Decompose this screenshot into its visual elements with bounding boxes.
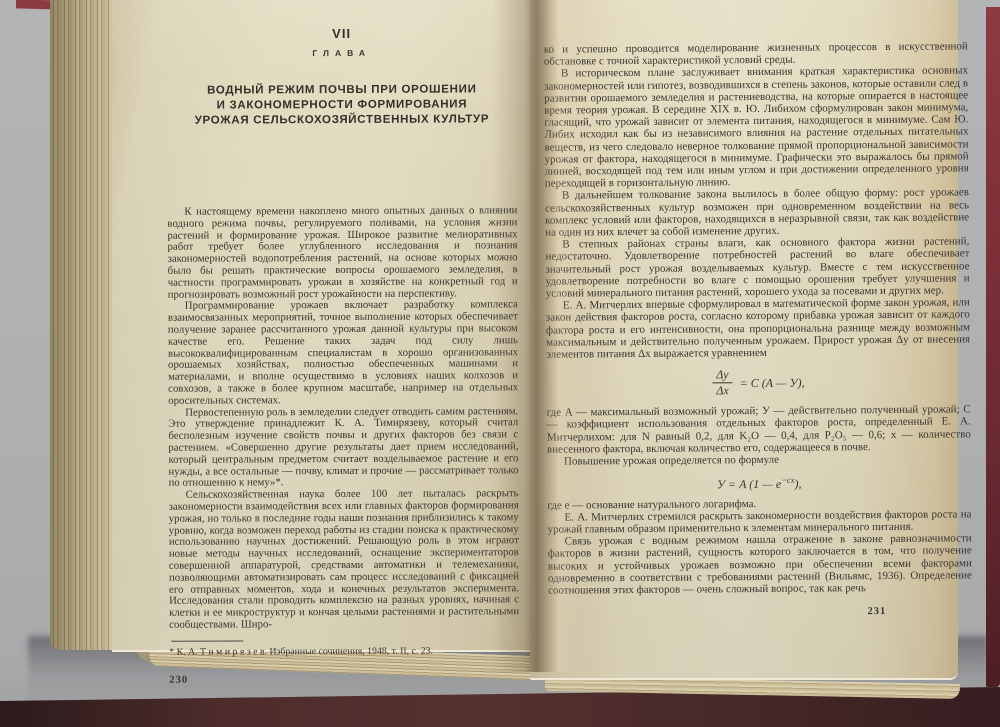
book-cover-edge-right <box>986 7 1000 687</box>
chapter-title: ВОДНЫЙ РЕЖИМ ПОЧВЫ ПРИ ОРОШЕНИИ И ЗАКОНО… <box>167 82 517 129</box>
body-paragraph: Повышение урожая определяется по формуле <box>547 452 971 468</box>
chapter-label: ГЛАВА <box>167 47 517 59</box>
body-paragraph: ко и успешно проводится моделирование жи… <box>544 40 968 68</box>
formula-exponent: −cx <box>781 475 794 485</box>
body-paragraph: В историческом плане заслуживает внимани… <box>544 65 969 190</box>
body-paragraph: Е. А. Митчерлих стремился раскрыть закон… <box>547 508 971 536</box>
body-paragraph: где A — максимальный возможный урожай; У… <box>547 404 971 456</box>
left-page-content: VII ГЛАВА ВОДНЫЙ РЕЖИМ ПОЧВЫ ПРИ ОРОШЕНИ… <box>167 25 520 686</box>
chapter-number: VII <box>167 25 517 42</box>
formula-close: ), <box>794 477 801 491</box>
footnote: * К. А. Т и м и р я з е в. Избранные соч… <box>169 645 519 658</box>
body-paragraph: Сельскохозяйственная наука более 100 лет… <box>169 488 520 631</box>
formula-fraction: Δу Δх <box>712 368 733 397</box>
body-paragraph: К настоящему времени накоплено много опы… <box>167 205 517 301</box>
body-paragraph: Связь урожая с водным режимом нашла отра… <box>548 532 972 596</box>
footnote-rule <box>171 640 243 641</box>
body-paragraph: В дальнейшем толкование закона вылилось … <box>545 187 969 239</box>
body-paragraph: Программирование урожаев включает разраб… <box>168 300 518 408</box>
page-fore-edge-left <box>50 0 116 650</box>
page-number-left: 230 <box>169 673 519 686</box>
formula-mitscherlich-differential: Δу Δх = C (A — У), <box>546 367 970 399</box>
body-paragraph: В степных районах страны влаги, как осно… <box>545 236 969 300</box>
chapter-title-line: ВОДНЫЙ РЕЖИМ ПОЧВЫ ПРИ ОРОШЕНИИ <box>167 82 517 99</box>
formula-base: У = A (1 — e <box>717 477 781 492</box>
chapter-title-line: УРОЖАЯ СЕЛЬСКОХОЗЯЙСТВЕННЫХ КУЛЬТУР <box>167 112 517 129</box>
right-page-content: ко и успешно проводится моделирование жи… <box>544 40 973 619</box>
formula-numerator: Δу <box>712 368 732 383</box>
right-page-body: ко и успешно проводится моделирование жи… <box>544 40 972 596</box>
body-paragraph: Первостепенную роль в земледелии следует… <box>168 406 518 490</box>
body-paragraph: Е. А. Митчерлих впервые сформулировал в … <box>546 297 970 361</box>
open-book: VII ГЛАВА ВОДНЫЙ РЕЖИМ ПОЧВЫ ПРИ ОРОШЕНИ… <box>0 0 1000 727</box>
formula-yield-exponential: У = A (1 — e−cx), <box>547 473 971 493</box>
left-page-body: К настоящему времени накоплено много опы… <box>167 205 519 631</box>
book-photo-scene: VII ГЛАВА ВОДНЫЙ РЕЖИМ ПОЧВЫ ПРИ ОРОШЕНИ… <box>0 0 1000 727</box>
chapter-title-line: И ЗАКОНОМЕРНОСТИ ФОРМИРОВАНИЯ <box>167 97 517 114</box>
formula-rhs: = C (A — У), <box>740 376 805 389</box>
formula-denominator: Δх <box>712 383 732 397</box>
